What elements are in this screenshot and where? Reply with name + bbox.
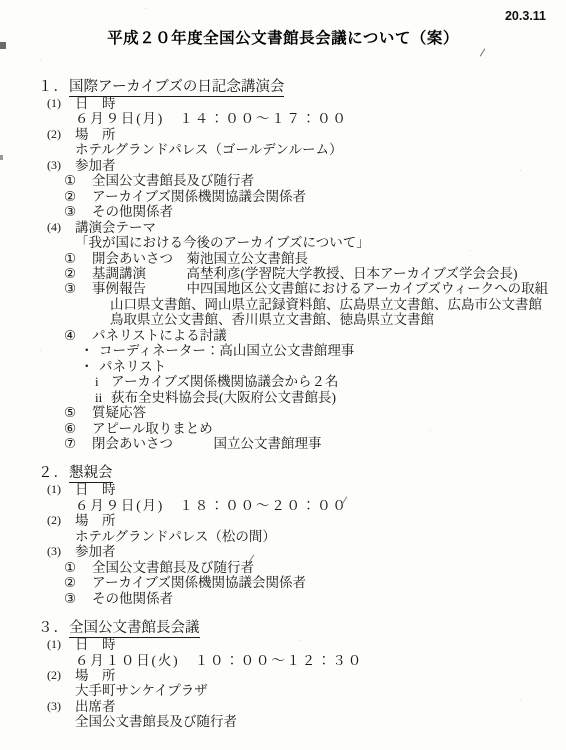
list-item: (2)場 所	[0, 127, 566, 142]
item-text: 質疑応答	[0, 405, 566, 420]
item-label: 参加者	[0, 544, 566, 559]
item-value: ６月１０日(火) １０：００～１２：３０	[0, 653, 566, 668]
circled-number: ①	[64, 251, 76, 266]
list-item: (2)場 所	[0, 513, 566, 528]
item-marker: (3)	[47, 699, 61, 714]
item-value: 「我が国における今後のアーカイブズについて」	[0, 235, 566, 250]
bullet-icon: ・	[80, 343, 94, 358]
section-heading: ３．全国公文書館長会議	[0, 620, 566, 637]
circled-number: ②	[64, 189, 76, 204]
scan-artifact	[480, 48, 486, 56]
list-item: ③その他関係者	[0, 204, 566, 219]
item-value: ホテルグランドパレス（松の間）	[0, 529, 566, 544]
item-label: 日 時	[0, 637, 566, 652]
item-text: パネリストによる討議	[0, 328, 566, 343]
document-date-note: 20.3.11	[505, 9, 546, 23]
circled-number: ③	[64, 281, 76, 296]
circled-number: ③	[64, 591, 76, 606]
item-text: その他関係者	[0, 591, 566, 606]
item-label: 日 時	[0, 96, 566, 111]
section-reception: ２．懇親会 (1)日 時 ６月９日(月) １８：００～２０：００ (2)場 所 …	[0, 465, 566, 606]
item-text: 全国公文書館長及び随行者	[0, 560, 566, 575]
item-text: アピール取りまとめ	[0, 421, 566, 436]
item-value: 全国公文書館長及び随行者	[0, 714, 566, 729]
item-marker: (1)	[47, 637, 61, 652]
list-item: ・コーディネーター：高山国立公文書館理事	[0, 343, 566, 358]
section-number: ２．	[38, 465, 69, 481]
list-item: ii荻布全史料協会長(大阪府公文書館長)	[0, 390, 566, 405]
item-marker: (3)	[47, 544, 61, 559]
item-text: その他関係者	[0, 204, 566, 219]
list-item: ・パネリスト	[0, 359, 566, 374]
list-item: ①全国公文書館長及び随行者	[0, 173, 566, 188]
item-label: 参加者	[0, 158, 566, 173]
item-label: 講演会テーマ	[0, 220, 566, 235]
item-value: ６月９日(月) １８：００～２０：００	[0, 498, 566, 513]
item-marker: (2)	[47, 513, 61, 528]
list-item: ⑤質疑応答	[0, 405, 566, 420]
item-text: 事例報告 中四国地区公文書館におけるアーカイブズウィークへの取組	[0, 281, 566, 296]
section-directors-meeting: ３．全国公文書館長会議 (1)日 時 ６月１０日(火) １０：００～１２：３０ …	[0, 620, 566, 730]
list-item: ①全国公文書館長及び随行者	[0, 560, 566, 575]
list-item: (2)場 所	[0, 668, 566, 683]
section-title: 国際アーカイブズの日記念講演会	[69, 79, 284, 97]
list-item: ③事例報告 中四国地区公文書館におけるアーカイブズウィークへの取組	[0, 281, 566, 296]
circled-number: ③	[64, 204, 76, 219]
circled-number: ①	[64, 173, 76, 188]
item-marker: (3)	[47, 158, 61, 173]
section-title: 全国公文書館長会議	[69, 620, 200, 638]
list-item: ⑦閉会あいさつ 国立公文書館理事	[0, 436, 566, 451]
list-item: ②アーカイブズ関係機関協議会関係者	[0, 189, 566, 204]
section-heading: ２．懇親会	[0, 465, 566, 482]
item-continuation: 鳥取県立公文書館、香川県立文書館、徳島県立文書館	[0, 312, 566, 327]
circled-number: ①	[64, 560, 76, 575]
circled-number: ④	[64, 328, 76, 343]
list-item: (1)日 時	[0, 637, 566, 652]
bullet-icon: ・	[80, 359, 94, 374]
list-item: iアーカイブズ関係機関協議会から２名	[0, 374, 566, 389]
list-item: ④パネリストによる討議	[0, 328, 566, 343]
item-text: 開会あいさつ 菊池国立公文書館長	[0, 251, 566, 266]
list-item: ①開会あいさつ 菊池国立公文書館長	[0, 251, 566, 266]
list-item: (3)出席者	[0, 699, 566, 714]
circled-number: ⑦	[64, 436, 76, 451]
roman-numeral: i	[95, 374, 99, 389]
item-label: 場 所	[0, 127, 566, 142]
item-text: 閉会あいさつ 国立公文書館理事	[0, 436, 566, 451]
scanned-document-page: 20.3.11 平成２０年度全国公文書館長会議について（案） １．国際アーカイブ…	[0, 0, 566, 750]
item-continuation: 山口県文書館、岡山県立記録資料館、広島県立文書館、広島市公文書館	[0, 297, 566, 312]
item-value: 大手町サンケイプラザ	[0, 683, 566, 698]
section-number: １．	[38, 79, 69, 95]
item-value: ホテルグランドパレス（ゴールデンルーム）	[0, 142, 566, 157]
item-marker: (1)	[47, 96, 61, 111]
section-number: ３．	[38, 620, 69, 636]
item-label: 出席者	[0, 699, 566, 714]
list-item: (4)講演会テーマ	[0, 220, 566, 235]
item-marker: (1)	[47, 482, 61, 497]
item-text: アーカイブズ関係機関協議会関係者	[0, 189, 566, 204]
item-value: ６月９日(月) １４：００～１７：００	[0, 111, 566, 126]
list-item: ③その他関係者	[0, 591, 566, 606]
page-title: 平成２０年度全国公文書館長会議について（案）	[0, 26, 566, 48]
list-item: (1)日 時	[0, 482, 566, 497]
scan-speckles	[0, 0, 1, 1]
item-text: 全国公文書館長及び随行者	[0, 173, 566, 188]
roman-numeral: ii	[95, 390, 102, 405]
list-item: ②アーカイブズ関係機関協議会関係者	[0, 575, 566, 590]
item-text: 基調講演 高埜利彦(学習院大学教授、日本アーカイブズ学会会長)	[0, 266, 566, 281]
circled-number: ⑥	[64, 421, 76, 436]
section-heading: １．国際アーカイブズの日記念講演会	[0, 79, 566, 96]
item-label: 場 所	[0, 513, 566, 528]
item-marker: (2)	[47, 668, 61, 683]
circled-number: ②	[64, 266, 76, 281]
section-title: 懇親会	[69, 465, 113, 483]
document-body: １．国際アーカイブズの日記念講演会 (1)日 時 ６月９日(月) １４：００～１…	[0, 79, 566, 730]
item-text: アーカイブズ関係機関協議会から２名	[0, 374, 566, 389]
list-item: (3)参加者	[0, 158, 566, 173]
section-lecture: １．国際アーカイブズの日記念講演会 (1)日 時 ６月９日(月) １４：００～１…	[0, 79, 566, 451]
circled-number: ⑤	[64, 405, 76, 420]
item-label: 日 時	[0, 482, 566, 497]
item-marker: (2)	[47, 127, 61, 142]
circled-number: ②	[64, 575, 76, 590]
item-text: アーカイブズ関係機関協議会関係者	[0, 575, 566, 590]
list-item: (3)参加者	[0, 544, 566, 559]
list-item: (1)日 時	[0, 96, 566, 111]
list-item: ②基調講演 高埜利彦(学習院大学教授、日本アーカイブズ学会会長)	[0, 266, 566, 281]
item-marker: (4)	[47, 220, 61, 235]
list-item: ⑥アピール取りまとめ	[0, 421, 566, 436]
item-text: 荻布全史料協会長(大阪府公文書館長)	[0, 390, 566, 405]
item-label: 場 所	[0, 668, 566, 683]
